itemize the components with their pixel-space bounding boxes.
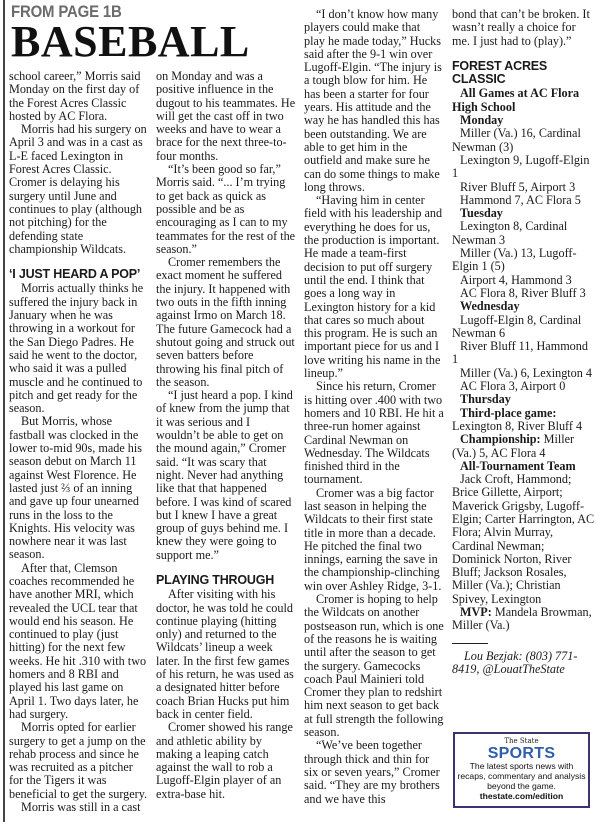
third-place-result: Lexington 8, River Bluff 4 [452, 420, 596, 433]
article-column-3: “I don’t know how many players could mak… [304, 8, 444, 806]
paragraph: “I don’t know how many players could mak… [304, 8, 444, 194]
mvp-label: MVP: [460, 605, 492, 619]
headline: BASEBALL [11, 20, 250, 64]
paragraph: Morris was still in a cast [9, 801, 149, 814]
paragraph: “Having him in center field with his lea… [304, 194, 444, 380]
game-result: Lexington 9, Lugoff-Elgin 1 [452, 154, 596, 181]
ad-url-link[interactable]: thestate.com/edition [455, 791, 588, 801]
game-result: Miller (Va.) 13, Lugoff-Elgin 1 (5) [452, 247, 596, 274]
left-column-rule [3, 0, 5, 822]
article-column-2: on Monday and was a positive influence i… [156, 70, 296, 801]
paragraph: Cromer showed his range and athletic abi… [156, 721, 296, 801]
game-result: Miller (Va.) 16, Cardinal Newman (3) [452, 127, 596, 154]
game-result: AC Flora 8, River Bluff 3 [452, 287, 596, 300]
article-column-1: school career,” Morris said Monday on th… [9, 70, 149, 814]
paragraph: bond that can’t be broken. It wasn’t rea… [452, 8, 596, 48]
paragraph: Morris opted for earlier surgery to get … [9, 721, 149, 801]
game-result: Lugoff-Elgin 8, Cardinal Newman 6 [452, 314, 596, 341]
game-result: Hammond 7, AC Flora 5 [452, 194, 596, 207]
results-venue: All Games at AC Flora High School [452, 87, 596, 114]
paragraph: Morris had his surgery on April 3 and wa… [9, 123, 149, 256]
subhead: ‘I JUST HEARD A POP’ [9, 268, 149, 281]
game-result: River Bluff 11, Hammond 1 [452, 340, 596, 367]
game-result: River Bluff 5, Airport 3 [452, 181, 596, 194]
all-tournament-list: Jack Croft, Hammond; Brice Gillette, Air… [452, 473, 596, 606]
game-result: Airport 4, Hammond 3 [452, 274, 596, 287]
game-result: AC Flora 3, Airport 0 [452, 380, 596, 393]
third-place-label: Third-place game: [452, 407, 596, 420]
day-label: Monday [452, 114, 596, 127]
paragraph: “We’ve been together through thick and t… [304, 739, 444, 805]
paragraph: After that, Clemson coaches recommended … [9, 562, 149, 722]
paragraph: “It’s been good so far,” Morris said. “.… [156, 163, 296, 256]
paragraph: school career,” Morris said Monday on th… [9, 70, 149, 123]
tournament-results: FOREST ACRES CLASSIC All Games at AC Flo… [452, 60, 596, 633]
article-column-4: bond that can’t be broken. It wasn’t rea… [452, 8, 596, 676]
game-result: Lexington 8, Cardinal Newman 3 [452, 220, 596, 247]
paragraph: Cromer is hoping to help the Wildcats on… [304, 593, 444, 739]
paragraph: Cromer remembers the exact moment he suf… [156, 256, 296, 389]
day-label: Tuesday [452, 207, 596, 220]
paragraph: Cromer was a big factor last season in h… [304, 487, 444, 593]
the-state-logo: The State [455, 737, 588, 745]
championship-line: Championship: Miller (Va.) 5, AC Flora 4 [452, 433, 596, 460]
paragraph: Since his return, Cromer is hitting over… [304, 380, 444, 486]
mvp-line: MVP: Mandela Browman, Miller (Va.) [452, 606, 596, 633]
sports-promo-ad[interactable]: The State SPORTS The latest sports news … [453, 732, 590, 808]
paragraph: But Morris, whose fastball was clocked i… [9, 415, 149, 561]
byline-divider [452, 643, 488, 644]
all-tournament-label: All-Tournament Team [452, 460, 596, 473]
subhead: PLAYING THROUGH [156, 574, 296, 587]
game-result: Miller (Va.) 6, Lexington 4 [452, 367, 596, 380]
day-label: Wednesday [452, 300, 596, 313]
results-title: FOREST ACRES CLASSIC [452, 60, 596, 87]
day-label: Thursday [452, 393, 596, 406]
paragraph: “I just heard a pop. I kind of knew from… [156, 389, 296, 562]
ad-text: The latest sports news with recaps, comm… [455, 762, 588, 791]
byline: Lou Bezjak: (803) 771-8419, @LouatTheSta… [452, 650, 596, 677]
paragraph: Morris actually thinks he suffered the i… [9, 282, 149, 415]
ad-title: SPORTS [455, 746, 588, 762]
championship-label: Championship: [460, 432, 541, 446]
paragraph: on Monday and was a positive influence i… [156, 70, 296, 163]
paragraph: After visiting with his doctor, he was t… [156, 588, 296, 721]
